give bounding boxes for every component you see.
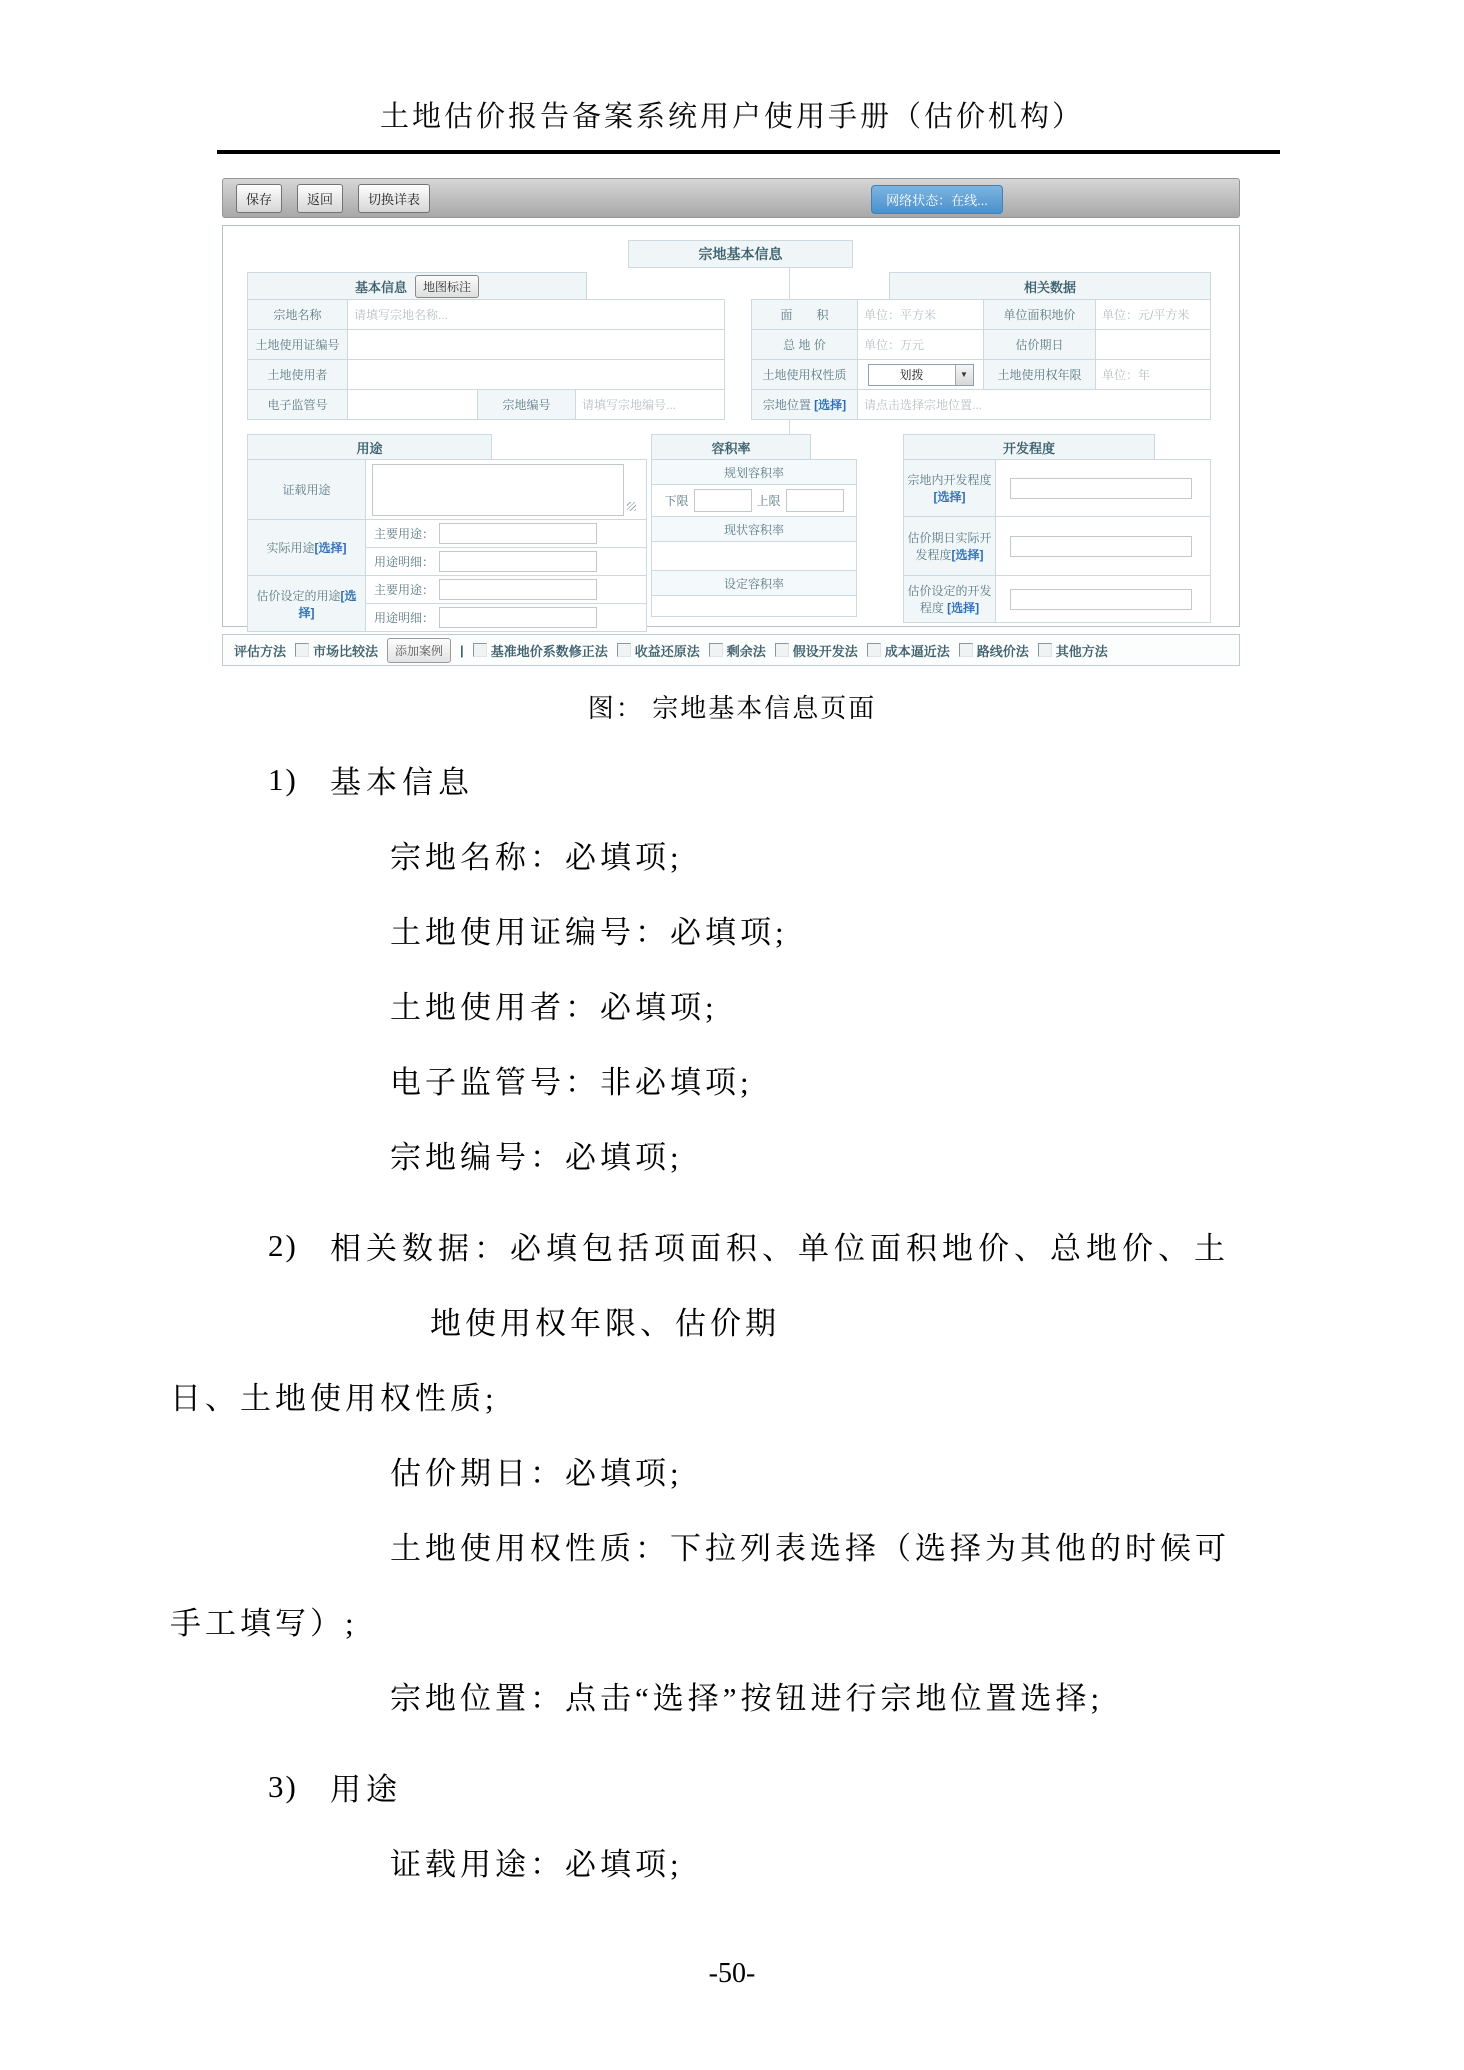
methods-label: 评估方法 [234,641,286,660]
usage-table: 证载用途 实际用途[选择] 主要用途： 用途明细： [247,459,647,632]
item-text: 宗地编号：必填项; [390,1132,683,1177]
item-text: 估价期日：必填项; [390,1448,683,1493]
section-usage: 用途 证载用途 实际用途[选择] 主要用途： [247,434,647,632]
list-item: 宗地名称：必填项; [0,817,1464,892]
item-text: 日、土地使用权性质; [170,1373,498,1418]
item-number: 3) [268,1769,298,1805]
usage-detail-label: 用途明细： [374,609,434,626]
valuation-date-input[interactable] [1096,330,1210,359]
cost-approach-label: 成本逼近法 [885,641,950,660]
basic-info-title: 基本信息 [355,277,407,296]
far-box: 规划容积率 下限 上限 现状容积率 设定容积率 [651,459,857,617]
actual-usage-detail-input[interactable] [439,551,597,572]
other-method-checkbox[interactable] [1038,643,1052,657]
appraisal-usage-detail-input[interactable] [439,607,597,628]
benchmark-coefficient-checkbox[interactable] [473,643,487,657]
basic-info-header: 基本信息 地图标注 [247,272,587,300]
hypothetical-dev-checkbox[interactable] [775,643,789,657]
parcel-no-input[interactable] [576,390,724,419]
appraisal-main-usage-input[interactable] [439,579,597,600]
back-button[interactable]: 返回 [297,184,343,213]
item-text: 用途 [330,1764,402,1809]
lower-limit-input[interactable] [694,489,752,512]
development-header: 开发程度 [903,434,1155,460]
land-cert-no-input[interactable] [348,330,724,359]
development-table: 宗地内开发程度 [选择] 估价期日实际开发程度[选择] 估价设定的开发程 [903,459,1211,623]
list-item: 证载用途：必填项; [0,1824,1464,1899]
resize-handle-icon [627,502,636,511]
far-header: 容积率 [651,434,811,460]
hypothetical-dev-label: 假设开发法 [793,641,858,660]
in-parcel-dev-select-link[interactable]: [选择] [934,490,966,504]
e-supervision-no-input[interactable] [348,390,477,419]
parcel-location-select-link[interactable]: [选择] [814,398,846,412]
page-title: 土地估价报告备案系统用户使用手册（估价机构） [0,94,1464,135]
land-right-nature-select[interactable]: 划拨 ▼ [868,364,974,386]
total-price-input[interactable] [858,330,983,359]
residual-method-label: 剩余法 [727,641,766,660]
header-rule [217,150,1280,154]
set-far-header: 设定容积率 [652,571,856,596]
actual-dev-input[interactable] [1010,536,1192,557]
land-right-years-label: 土地使用权年限 [984,360,1096,390]
form-panel: 宗地基本信息 基本信息 地图标注 宗地名称 土地使用证编号 [222,225,1240,627]
route-price-checkbox[interactable] [959,643,973,657]
item-number: 2) [268,1228,298,1264]
actual-dev-select-link[interactable]: [选择] [952,548,984,562]
in-parcel-dev-input[interactable] [1010,478,1192,499]
valuation-date-label: 估价期日 [984,330,1096,360]
list-item: 土地使用证编号：必填项; [0,892,1464,967]
body-text: 1)基本信息 宗地名称：必填项; 土地使用证编号：必填项; 土地使用者：必填项;… [0,742,1464,1899]
e-supervision-no-label: 电子监管号 [248,390,348,420]
list-item: 3)用途 [0,1749,1464,1824]
planned-far-row: 下限 上限 [652,485,856,517]
land-user-input[interactable] [348,360,724,389]
actual-dev-label: 估价期日实际开发程度[选择] [904,517,996,576]
actual-usage-select-link[interactable]: [选择] [315,541,347,555]
item-text: 土地使用权性质：下拉列表选择（选择为其他的时候可 [390,1523,1230,1568]
list-item: 估价期日：必填项; [0,1433,1464,1508]
item-text: 相关数据：必填包括项面积、单位面积地价、总地价、土 [330,1223,1230,1268]
planned-far-header: 规划容积率 [652,460,856,485]
separator: | [460,643,464,658]
section-basic-info: 基本信息 地图标注 宗地名称 土地使用证编号 土地使用者 [247,272,725,420]
network-status-badge: 网络状态：在线... [871,185,1003,214]
section-development: 开发程度 宗地内开发程度 [选择] 估价期日实际开发程度[选择] [903,434,1211,623]
map-annotate-button[interactable]: 地图标注 [415,275,479,298]
manual-page: 土地估价报告备案系统用户使用手册（估价机构） 保存 返回 切换详表 网络状态：在… [0,0,1464,2070]
figure-caption: 图： 宗地基本信息页面 [0,688,1464,725]
area-label: 面 积 [752,300,858,330]
unit-area-price-input[interactable] [1096,300,1210,329]
usage-header: 用途 [247,434,492,460]
upper-limit-input[interactable] [786,489,844,512]
benchmark-coefficient-label: 基准地价系数修正法 [491,641,608,660]
market-comparison-checkbox[interactable] [295,643,309,657]
list-item: 土地使用者：必填项; [0,967,1464,1042]
item-text: 宗地名称：必填项; [390,832,683,877]
item-text: 宗地位置：点击“选择”按钮进行宗地位置选择; [390,1673,1103,1718]
income-reduction-label: 收益还原法 [635,641,700,660]
usage-detail-label: 用途明细： [374,553,434,570]
income-reduction-checkbox[interactable] [617,643,631,657]
land-right-nature-value: 划拨 [869,366,955,383]
item-text: 基本信息 [330,757,474,802]
list-item: 日、土地使用权性质; [0,1358,1464,1433]
screenshot-parcel-form: 保存 返回 切换详表 网络状态：在线... 宗地基本信息 基本信息 地图标注 宗… [222,178,1240,666]
page-number: -50- [0,1958,1464,1990]
related-data-table: 面 积 单位面积地价 总 地 价 估价期日 土地使用权性质 [751,299,1211,420]
list-item: 土地使用权性质：下拉列表选择（选择为其他的时候可 [0,1508,1464,1583]
related-data-header: 相关数据 [889,272,1211,300]
appraisal-usage-label-text: 估价设定的用途 [256,589,340,603]
current-far-value [652,542,856,571]
in-parcel-dev-label: 宗地内开发程度 [选择] [904,460,996,517]
appraisal-usage-label: 估价设定的用途[选择] [248,576,366,632]
parcel-location-input[interactable] [858,390,1210,419]
unit-area-price-label: 单位面积地价 [984,300,1096,330]
actual-main-usage-input[interactable] [439,523,597,544]
parcel-location-label: 宗地位置 [选择] [752,390,858,420]
cert-usage-label: 证载用途 [248,460,366,520]
cost-approach-checkbox[interactable] [867,643,881,657]
appraisal-dev-input[interactable] [1010,589,1192,610]
toggle-detail-button[interactable]: 切换详表 [358,184,430,213]
appraisal-dev-select-link[interactable]: [选择] [947,601,979,615]
upper-limit-label: 上限 [757,492,781,509]
item-text: 手工填写）; [170,1598,358,1643]
list-item: 1)基本信息 [0,742,1464,817]
lower-limit-label: 下限 [664,492,688,509]
land-right-nature-label: 土地使用权性质 [752,360,858,390]
current-far-header: 现状容积率 [652,517,856,542]
list-item: 宗地编号：必填项; [0,1117,1464,1192]
total-price-label: 总 地 价 [752,330,858,360]
item-text: 地使用权年限、估价期 [430,1298,780,1343]
section-related-data: 相关数据 面 积 单位面积地价 总 地 价 估价期日 [751,272,1211,420]
chevron-down-icon: ▼ [955,365,973,385]
area-input[interactable] [858,300,983,329]
valuation-methods-bar: 评估方法 市场比较法 添加案例 | 基准地价系数修正法 收益还原法 剩余法 假设… [222,634,1240,666]
item-text: 土地使用者：必填项; [390,982,718,1027]
in-parcel-dev-label-text: 宗地内开发程度 [907,473,991,487]
main-usage-label: 主要用途： [374,581,434,598]
list-item: 2)相关数据：必填包括项面积、单位面积地价、总地价、土 [0,1208,1464,1283]
land-cert-no-label: 土地使用证编号 [248,330,348,360]
residual-method-checkbox[interactable] [709,643,723,657]
save-button[interactable]: 保存 [236,184,282,213]
route-price-label: 路线价法 [977,641,1029,660]
toolbar: 保存 返回 切换详表 网络状态：在线... [222,178,1240,218]
list-item: 电子监管号：非必填项; [0,1042,1464,1117]
parcel-location-label-text: 宗地位置 [763,398,811,412]
market-comparison-label: 市场比较法 [313,641,378,660]
basic-info-table: 宗地名称 土地使用证编号 土地使用者 电子监管号 宗地编号 [247,299,725,420]
item-text: 土地使用证编号：必填项; [390,907,788,952]
item-text: 电子监管号：非必填项; [390,1057,753,1102]
list-item: 手工填写）; [0,1583,1464,1658]
item-text: 证载用途：必填项; [390,1839,683,1884]
item-number: 1) [268,762,298,798]
parcel-name-input[interactable] [348,300,724,329]
set-far-value [652,596,856,616]
add-case-button[interactable]: 添加案例 [387,638,451,663]
parcel-name-label: 宗地名称 [248,300,348,330]
list-item: 宗地位置：点击“选择”按钮进行宗地位置选择; [0,1658,1464,1733]
main-section-tab: 宗地基本信息 [628,240,853,268]
cert-usage-textarea[interactable] [372,464,624,516]
land-right-years-input[interactable] [1096,360,1210,389]
actual-usage-label: 实际用途[选择] [248,520,366,576]
actual-usage-label-text: 实际用途 [266,541,314,555]
list-item: 地使用权年限、估价期 [0,1283,1464,1358]
parcel-no-label: 宗地编号 [478,390,576,420]
other-method-label: 其他方法 [1056,641,1108,660]
land-user-label: 土地使用者 [248,360,348,390]
section-far: 容积率 规划容积率 下限 上限 现状容积率 设定容积率 [651,434,857,617]
main-usage-label: 主要用途： [374,525,434,542]
appraisal-dev-label: 估价设定的开发程度 [选择] [904,576,996,623]
